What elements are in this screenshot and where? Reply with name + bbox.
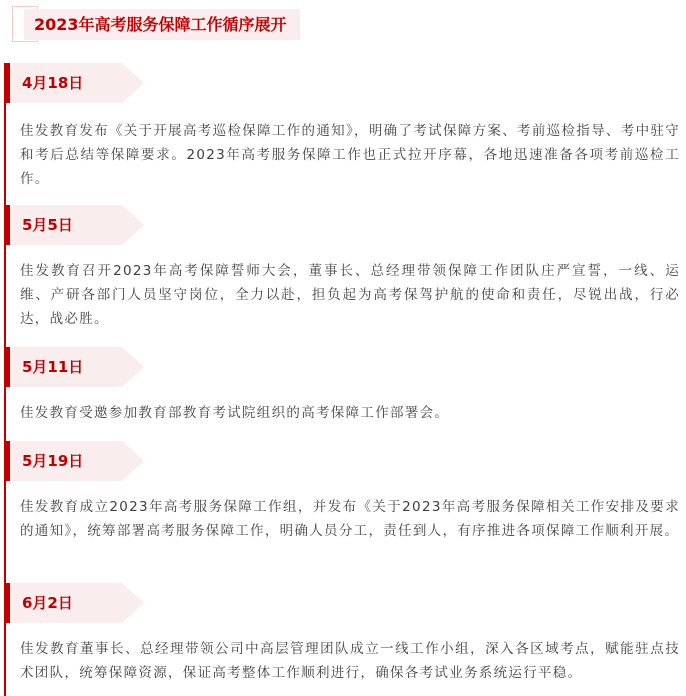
event-description: 佳发教育召开2023年高考保障誓师大会，董事长、总经理带领保障工作团队庄严宣誓，… <box>20 259 680 331</box>
date-tag: 5月5日 <box>4 205 144 245</box>
date-label: 5月5日 <box>22 205 73 245</box>
tag-bar <box>4 441 10 481</box>
date-label: 6月2日 <box>22 583 73 623</box>
date-label: 5月19日 <box>22 441 83 481</box>
tag-bar <box>4 63 10 103</box>
event-description: 佳发教育成立2023年高考服务保障工作组，并发布《关于2023年高考服务保障相关… <box>20 495 680 543</box>
date-tag: 5月11日 <box>4 347 144 387</box>
date-label: 5月11日 <box>22 347 83 387</box>
event-description: 佳发教育发布《关于开展高考巡检保障工作的通知》，明确了考试保障方案、考前巡检指导… <box>20 119 680 191</box>
tag-bar <box>4 583 10 623</box>
event-description: 佳发教育董事长、总经理带领公司中高层管理团队成立一线工作小组，深入各区域考点，赋… <box>20 637 680 685</box>
date-label: 4月18日 <box>22 63 83 103</box>
date-tag: 4月18日 <box>4 63 144 103</box>
date-tag: 5月19日 <box>4 441 144 481</box>
tag-bar <box>4 205 10 245</box>
tag-bar <box>4 347 10 387</box>
event-description: 佳发教育受邀参加教育部教育考试院组织的高考保障工作部署会。 <box>20 401 680 425</box>
date-tag: 6月2日 <box>4 583 144 623</box>
page-title: 2023年高考服务保障工作循序展开 <box>24 9 300 40</box>
